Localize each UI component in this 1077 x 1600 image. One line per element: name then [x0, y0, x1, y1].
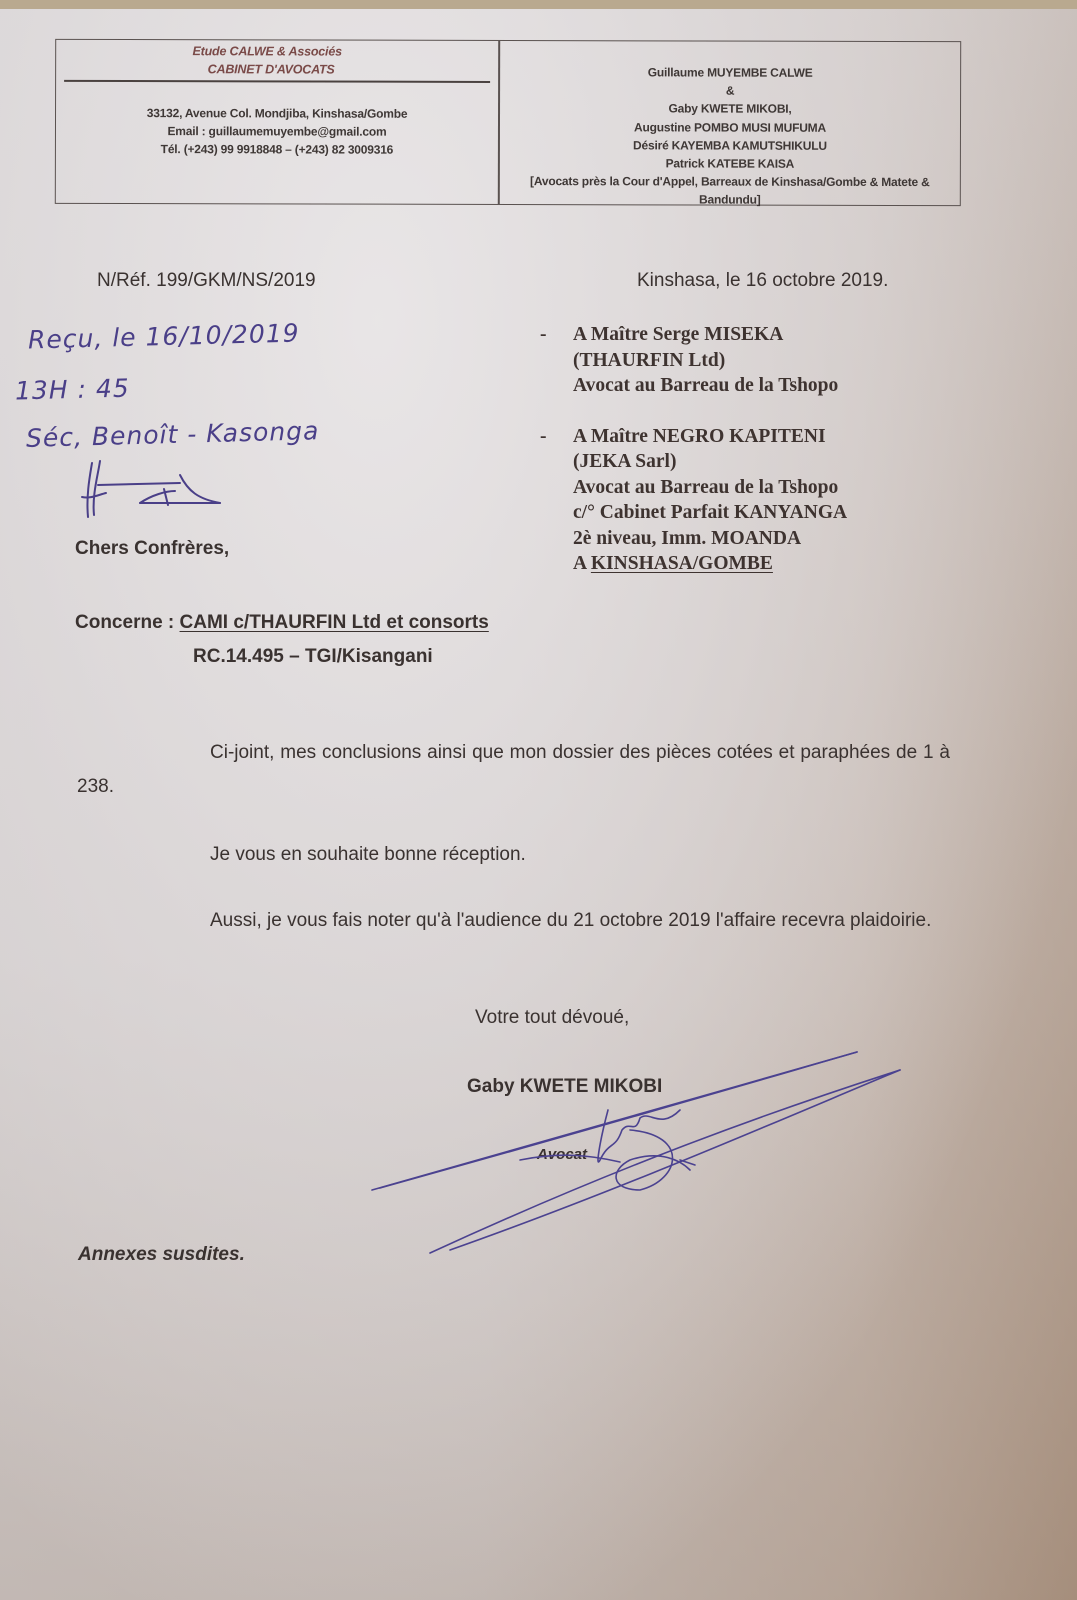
letterhead-partners-block: Guillaume MUYEMBE CALWE & Gaby KWETE MIK… — [500, 41, 960, 205]
partner-line: Patrick KATEBE KAISA — [500, 154, 960, 173]
salutation: Chers Confrères, — [75, 538, 229, 560]
recipient-city-prefix: A — [573, 553, 591, 574]
body-paragraph-2: Je vous en souhaite bonne réception. — [77, 838, 950, 872]
background-edge — [0, 0, 1077, 9]
body-text: Aussi, je vous fais noter qu'à l'audienc… — [210, 910, 931, 931]
firm-phone: Tél. (+243) 99 9918848 – (+243) 82 30093… — [56, 140, 498, 159]
partner-line: Désiré KAYEMBA KAMUTSHIKULU — [500, 136, 960, 155]
subject-block: Concerne : CAMI c/THAURFIN Ltd et consor… — [75, 606, 489, 674]
recipient-bar: Avocat au Barreau de la Tshopo — [573, 373, 847, 399]
recipient-city: A KINSHASA/GOMBE — [573, 551, 847, 577]
recipient-client: (JEKA Sarl) — [573, 449, 847, 475]
firm-subtitle: CABINET D'AVOCATS — [50, 62, 492, 77]
bullet-dash: - — [540, 322, 547, 348]
closing: Votre tout dévoué, — [475, 1007, 629, 1029]
partner-list: Guillaume MUYEMBE CALWE & Gaby KWETE MIK… — [500, 63, 960, 210]
letterhead-rule — [64, 80, 490, 83]
recipient-2: - A Maître NEGRO KAPITENI (JEKA Sarl) Av… — [540, 424, 847, 577]
recipient-city-name: KINSHASA/GOMBE — [591, 553, 773, 574]
body-paragraph-3: Aussi, je vous fais noter qu'à l'audienc… — [77, 904, 950, 938]
firm-address: 33132, Avenue Col. Mondjiba, Kinshasa/Go… — [56, 104, 498, 123]
case-number: RC.14.495 – TGI/Kisangani — [75, 640, 489, 674]
annexes-note: Annexes susdites. — [78, 1244, 245, 1266]
firm-email: Email : guillaumemuyembe@gmail.com — [56, 122, 498, 141]
recipient-client: (THAURFIN Ltd) — [573, 348, 847, 374]
recipient-name: A Maître NEGRO KAPITENI — [573, 424, 847, 450]
partner-line: Bandundu] — [500, 190, 960, 209]
subject-label: Concerne : — [75, 612, 180, 633]
place-date: Kinshasa, le 16 octobre 2019. — [637, 270, 888, 292]
recipient-name: A Maître Serge MISEKA — [573, 322, 847, 348]
bullet-dash: - — [540, 424, 547, 450]
signature-icon — [360, 1040, 920, 1270]
subject-line: Concerne : CAMI c/THAURFIN Ltd et consor… — [75, 606, 489, 640]
recipient-1: - A Maître Serge MISEKA (THAURFIN Ltd) A… — [540, 322, 847, 399]
letterhead: Etude CALWE & Associés CABINET D'AVOCATS… — [55, 39, 961, 206]
letterhead-firm-block: Etude CALWE & Associés CABINET D'AVOCATS… — [56, 40, 498, 204]
partner-line: & — [500, 81, 960, 100]
body-text: Je vous en souhaite bonne réception. — [210, 844, 526, 865]
firm-name: Etude CALWE & Associés — [46, 44, 488, 59]
initials-signature-icon — [80, 455, 230, 525]
subject-value: CAMI c/THAURFIN Ltd et consorts — [180, 612, 489, 633]
partner-line: [Avocats près la Cour d'Appel, Barreaux … — [500, 172, 960, 191]
partner-line: Guillaume MUYEMBE CALWE — [500, 63, 960, 82]
recipient-care-of: c/° Cabinet Parfait KANYANGA — [573, 500, 847, 526]
handwritten-receipt-time: 13H : 45 — [15, 374, 130, 406]
recipient-bar: Avocat au Barreau de la Tshopo — [573, 475, 847, 501]
body-paragraph-1: Ci-joint, mes conclusions ainsi que mon … — [77, 736, 950, 804]
partner-line: Augustine POMBO MUSI MUFUMA — [500, 118, 960, 137]
firm-contact: 33132, Avenue Col. Mondjiba, Kinshasa/Go… — [56, 104, 498, 159]
reference-number: N/Réf. 199/GKM/NS/2019 — [97, 270, 316, 292]
partner-line: Gaby KWETE MIKOBI, — [500, 99, 960, 118]
recipient-address: 2è niveau, Imm. MOANDA — [573, 526, 847, 552]
recipients-block: - A Maître Serge MISEKA (THAURFIN Ltd) A… — [540, 322, 847, 602]
